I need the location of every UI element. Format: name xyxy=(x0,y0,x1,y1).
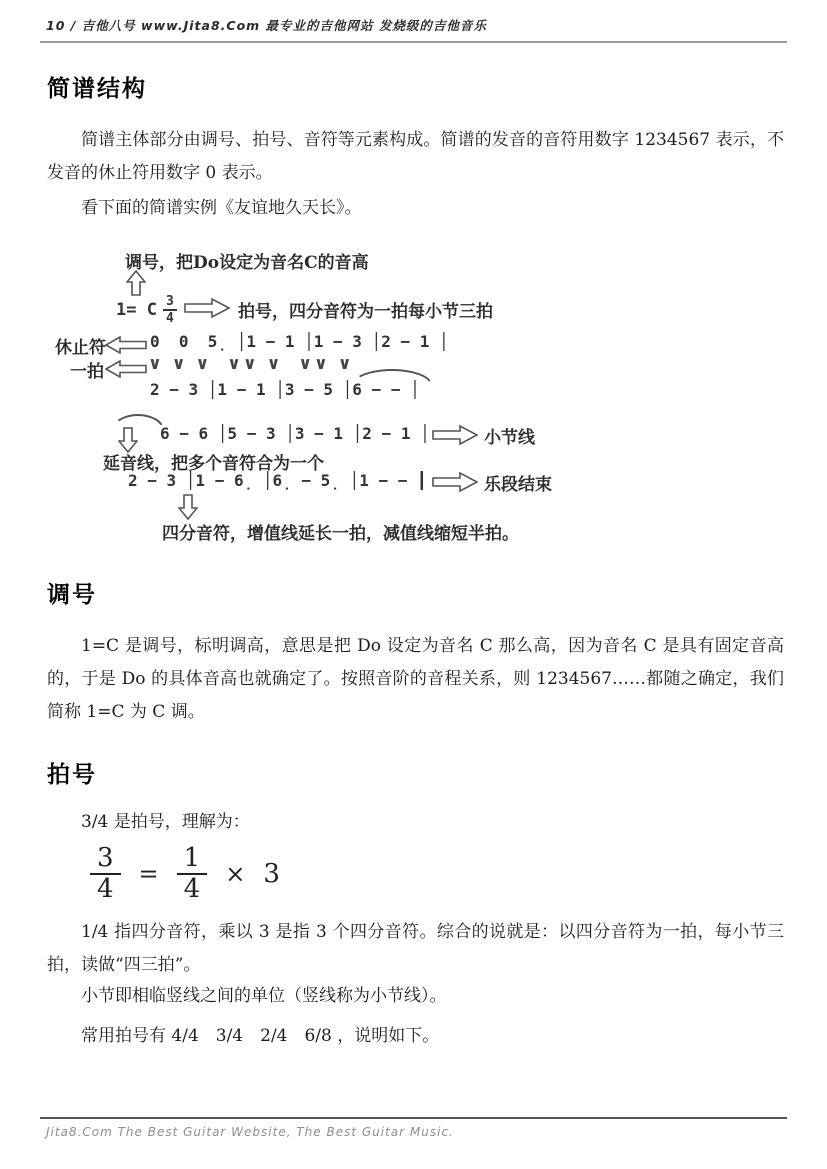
paragraph-time-signature-1: 3/4 是拍号，理解为： xyxy=(47,806,784,839)
page-header: 10 / 吉他八号 www.Jita8.Com 最专业的吉他网站 发烧级的吉他音… xyxy=(46,16,781,34)
score-line-4: 2 − 3 │1 − 6̣ │6̣ − 5̣ │1 − − ┃ xyxy=(128,471,427,490)
score-line-3: 6 − 6 │5 − 3 │3 − 1 │2 − 1 │ xyxy=(160,424,430,443)
header-rule xyxy=(40,41,787,43)
key-and-time-signature: 1= C 3 4 xyxy=(116,295,177,325)
end-annotation: 乐段结束 xyxy=(484,470,552,495)
footer-rule xyxy=(40,1117,787,1119)
key-signature-annotation: 调号，把Do设定为音名C的音高 xyxy=(125,248,369,273)
score-line-2: 2 − 3 │1 − 1 │3 − 5 │6 − − │ xyxy=(150,380,420,399)
paragraph-structure-1: 简谱主体部分由调号、拍号、音符等元素构成。简谱的发音的音符用数字 1234567… xyxy=(47,124,784,190)
multiplication-sign: × xyxy=(225,860,245,888)
time-sig-denominator: 4 xyxy=(163,311,177,325)
document-page: 10 / 吉他八号 www.Jita8.Com 最专业的吉他网站 发烧级的吉他音… xyxy=(0,0,827,1169)
arrow-right-icon xyxy=(432,472,478,492)
arrow-up-icon xyxy=(126,270,146,296)
paragraph-time-signature-4: 常用拍号有 4/4 3/4 2/4 6/8 ，说明如下。 xyxy=(47,1020,784,1053)
formula-denominator-1: 4 xyxy=(90,875,121,902)
heading-key-signature: 调号 xyxy=(47,576,97,609)
quarter-note-annotation: 四分音符，增值线延长一拍，减值线缩短半拍。 xyxy=(162,519,519,544)
rest-annotation: 休止符 xyxy=(55,333,106,358)
time-signature-fraction: 3 4 xyxy=(163,295,177,325)
arrow-down-icon xyxy=(178,494,198,520)
barline-annotation: 小节线 xyxy=(484,423,535,448)
beat-annotation: 一拍 xyxy=(70,357,104,382)
page-footer: Jita8.Com The Best Guitar Website, The B… xyxy=(46,1125,781,1139)
beat-marks: ∨ ∨ ∨ ∨∨ ∨ ∨∨ ∨ xyxy=(148,354,354,374)
formula-multiplier: 3 xyxy=(263,859,280,889)
formula-numerator-1: 3 xyxy=(90,845,121,875)
time-sig-numerator: 3 xyxy=(163,295,177,311)
equals-sign: = xyxy=(139,860,159,888)
arrow-right-icon xyxy=(184,298,230,318)
fraction-one-quarter: 1 4 xyxy=(177,845,208,902)
arrow-left-icon xyxy=(105,336,147,354)
score-line-1: 0 0 5̣ │1 − 1 │1 − 3 │2 − 1 │ xyxy=(150,332,449,351)
arrow-right-icon xyxy=(432,425,478,445)
notation-diagram: 调号，把Do设定为音名C的音高 1= C 3 4 拍号，四分音符为一拍每小节三拍… xyxy=(0,245,827,545)
arrow-left-icon xyxy=(105,360,147,378)
heading-time-signature: 拍号 xyxy=(47,756,97,789)
key-signature-text: 1= C xyxy=(116,300,157,320)
paragraph-structure-2: 看下面的简谱实例《友谊地久天长》。 xyxy=(47,192,784,225)
heading-structure: 简谱结构 xyxy=(47,70,147,103)
paragraph-key-signature: 1=C 是调号，标明调高，意思是把 Do 设定为音名 C 那么高，因为音名 C … xyxy=(47,630,784,729)
time-signature-formula: 3 4 = 1 4 × 3 xyxy=(90,845,280,902)
formula-denominator-2: 4 xyxy=(177,875,208,902)
paragraph-time-signature-3: 小节即相临竖线之间的单位（竖线称为小节线）。 xyxy=(47,980,784,1013)
fraction-three-quarters: 3 4 xyxy=(90,845,121,902)
paragraph-time-signature-2: 1/4 指四分音符，乘以 3 是指 3 个四分音符。综合的说就是：以四分音符为一… xyxy=(47,916,784,982)
formula-numerator-2: 1 xyxy=(177,845,208,875)
time-signature-annotation: 拍号，四分音符为一拍每小节三拍 xyxy=(238,297,493,322)
